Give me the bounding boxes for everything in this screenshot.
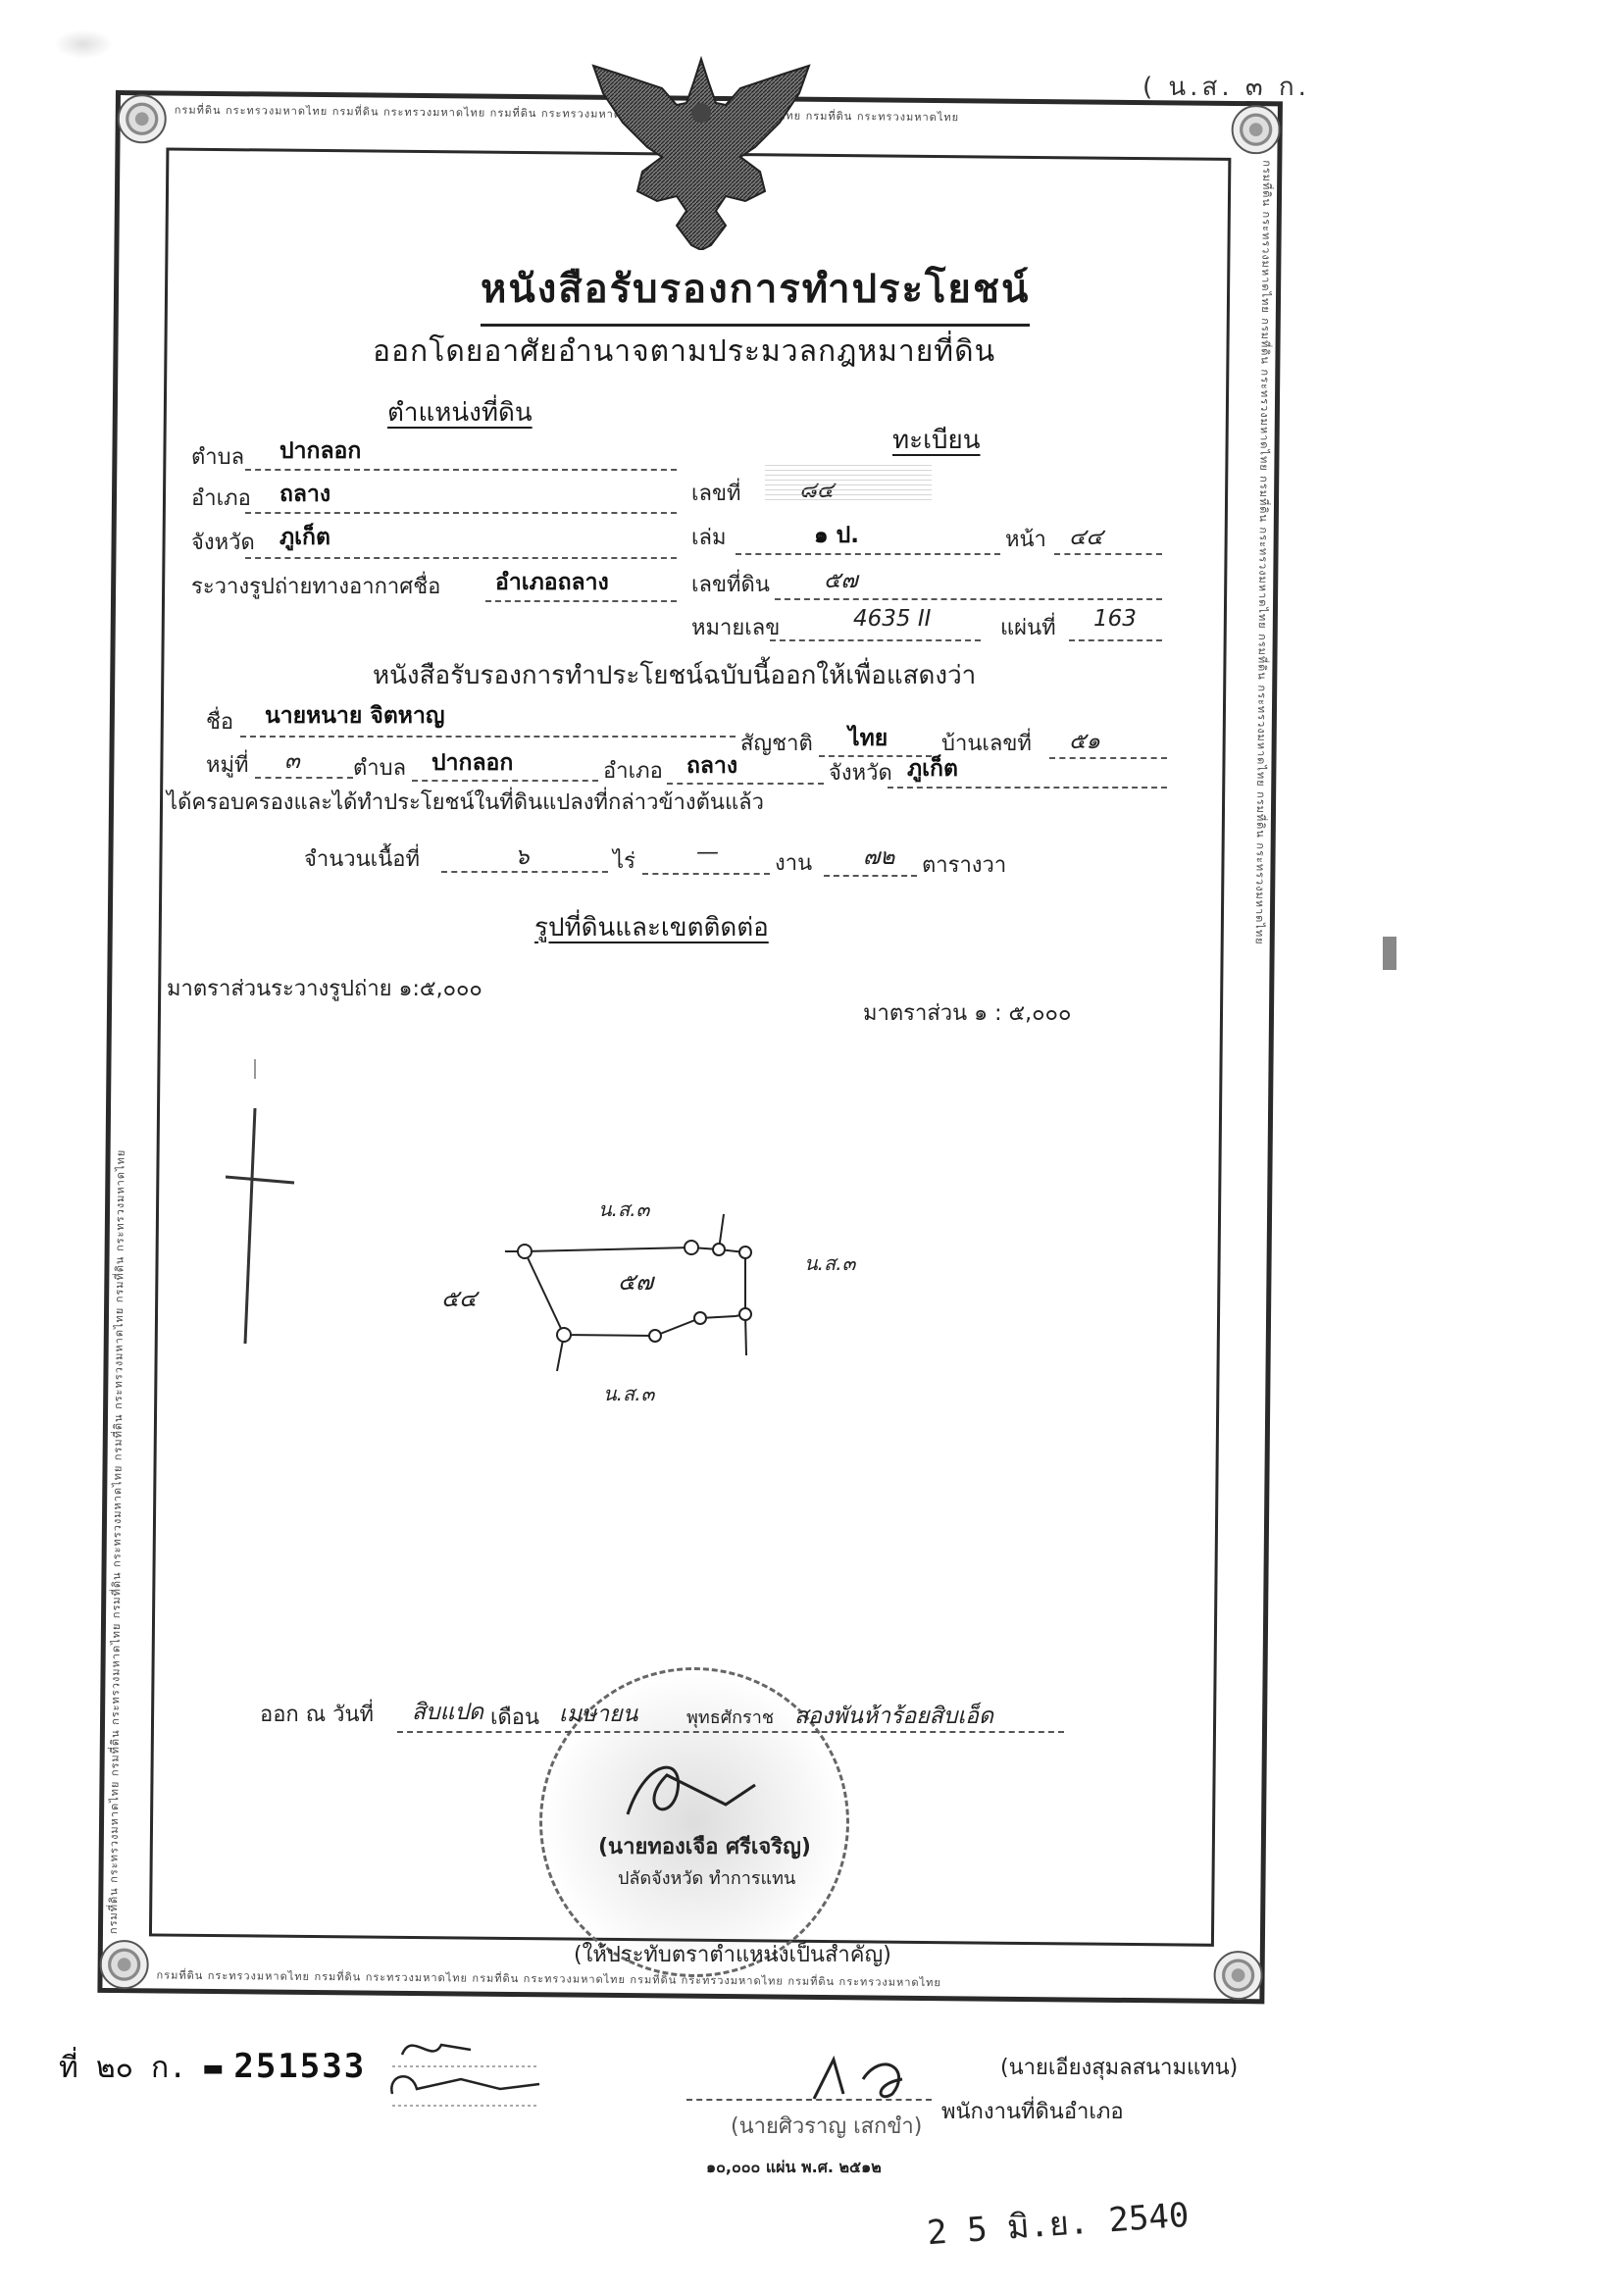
officer-name-below: (นายศิวราญ เสกขำ)	[731, 2109, 922, 2143]
location-heading: ตำแหน่งที่ดิน	[387, 392, 533, 433]
corner-seal-icon	[1231, 105, 1280, 154]
clerk-signatures	[382, 2025, 549, 2113]
parcel-map: น.ส.๓ น.ส.๓ น.ส.๓ ๕๔ ๕๗	[216, 1020, 1098, 1471]
scan-mark	[1383, 937, 1396, 970]
document-subtitle: ออกโดยอาศัยอำนาจตามประมวลกฎหมายที่ดิน	[373, 329, 995, 375]
tambon-label: ตำบล	[191, 439, 244, 474]
dotted-fill	[765, 461, 932, 500]
area-ngan-label: งาน	[775, 845, 812, 880]
corner-seal-icon	[117, 94, 166, 143]
province-value: ภูเก็ต	[279, 520, 330, 555]
sheet-label: แผ่นที่	[1000, 610, 1056, 644]
area-rai-label: ไร่	[613, 843, 635, 878]
serial-prefix: ที่ ๒๐ ก. ▬	[59, 2051, 222, 2085]
aerial-photo-label: ระวางรูปถ่ายทางอากาศชื่อ	[191, 569, 440, 603]
svg-text:น.ส.๓: น.ส.๓	[603, 1382, 656, 1405]
moo-value: ๓	[284, 743, 300, 779]
area-ngan-value: —	[696, 840, 719, 865]
possession-statement: ได้ครอบครองและได้ทำประโยชน์ในที่ดินแปลงท…	[167, 785, 764, 819]
signer-name: (นายทองเจือ ศรีเจริญ)	[598, 1829, 811, 1863]
reg-volume-label: เล่ม	[691, 520, 727, 554]
officer-signature	[804, 2040, 981, 2109]
area-wa-value: ๗๒	[863, 840, 894, 875]
nationality-value: ไทย	[848, 721, 888, 756]
owner-tambon-value: ปากลอก	[431, 745, 513, 781]
amphoe-label: อำเภอ	[191, 481, 251, 515]
registration-heading: ทะเบียน	[892, 420, 981, 460]
area-wa-label: ตารางวา	[922, 847, 1006, 882]
owner-name-label: ชื่อ	[206, 704, 233, 738]
owner-amphoe-label: อำเภอ	[603, 753, 663, 788]
svg-text:น.ส.๓: น.ส.๓	[804, 1251, 857, 1275]
nationality-label: สัญชาติ	[740, 726, 813, 760]
ref-value: 4635 II	[853, 606, 931, 632]
reg-number-label: เลขที่	[691, 476, 741, 510]
owner-amphoe-value: ถลาง	[686, 748, 737, 784]
tambon-value: ปากลอก	[279, 433, 361, 469]
signer-title: ปลัดจังหวัด ทำการแทน	[618, 1863, 795, 1892]
serial-value: 251533	[233, 2047, 366, 2086]
owner-province-value: ภูเก็ต	[907, 751, 958, 787]
photo-scale: มาตราส่วนระวางรูปถ่าย ๑:๕,๐๐๐	[167, 971, 482, 1005]
owner-province-label: จังหวัด	[829, 755, 892, 789]
garuda-emblem-icon	[579, 54, 824, 250]
land-no-value: ๕๗	[824, 563, 858, 598]
reg-page-value: ๔๔	[1069, 520, 1103, 555]
land-no-label: เลขที่ดิน	[691, 567, 770, 601]
issued-day: สิบแปด	[412, 1695, 483, 1730]
sheet-value: 163	[1093, 606, 1137, 632]
map-heading: รูปที่ดินและเขตติดต่อ	[534, 907, 769, 947]
print-info: ๑๐,๐๐๐ แผ่น พ.ศ. ๒๕๑๒	[706, 2156, 882, 2180]
ref-label: หมายเลข	[691, 610, 780, 644]
serial-number: ที่ ๒๐ ก. ▬251533	[59, 2045, 366, 2091]
scan-smudge	[54, 29, 113, 59]
svg-text:๕๔: ๕๔	[441, 1285, 480, 1312]
certify-statement: หนังสือรับรองการทำประโยชน์ฉบับนี้ออกให้เ…	[373, 655, 976, 695]
area-label: จำนวนเนื้อที่	[304, 841, 420, 876]
issued-month: เมษายน	[559, 1697, 637, 1732]
officer-name-right: (นายเอียงสุมลสนามแทน)	[1000, 2050, 1238, 2084]
signature-scribble	[608, 1746, 785, 1834]
received-date-stamp: 2 5 มิ.ย. 2540	[925, 2188, 1191, 2260]
era-label: พุทธศักราช	[686, 1703, 774, 1731]
moo-label: หมู่ที่	[206, 747, 249, 782]
province-label: จังหวัด	[191, 525, 255, 559]
issued-label: ออก ณ วันที่	[260, 1697, 374, 1731]
corner-seal-icon	[99, 1940, 148, 1989]
house-no-value: ๕๑	[1069, 724, 1100, 759]
owner-tambon-label: ตำบล	[353, 750, 406, 785]
aerial-photo-value: อำเภอถลาง	[495, 565, 609, 600]
svg-text:๕๗: ๕๗	[618, 1268, 655, 1296]
svg-text:น.ส.๓: น.ส.๓	[598, 1197, 651, 1221]
amphoe-value: ถลาง	[279, 477, 330, 512]
issued-month-label: เดือน	[490, 1700, 539, 1734]
reg-volume-value: ๑ ป.	[814, 518, 859, 553]
owner-name-value: นายหนาย จิตหาญ	[265, 698, 444, 734]
corner-seal-icon	[1213, 1951, 1262, 2000]
issued-year: สองพันห้าร้อยสิบเอ็ด	[794, 1699, 993, 1734]
reg-page-label: หน้า	[1005, 522, 1046, 556]
document-title: หนังสือรับรองการทำประโยชน์	[481, 257, 1030, 327]
area-rai-value: ๖	[515, 840, 530, 875]
stamp-note: (ให้ประทับตราตำแหน่งเป็นสำคัญ)	[574, 1937, 891, 1971]
